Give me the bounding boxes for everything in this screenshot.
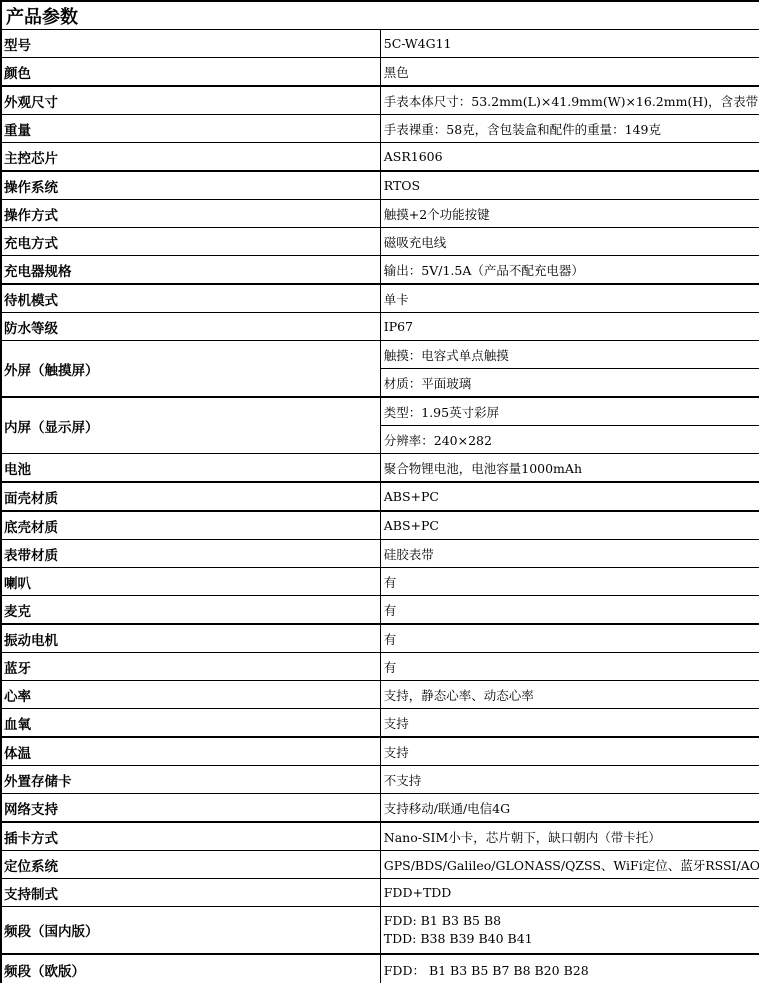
spec-value: 黑色 — [380, 58, 759, 87]
product-spec-table: 产品参数 型号 5C-W4G11 颜色 黑色 外观尺寸 手表本体尺寸：53.2m… — [0, 0, 759, 983]
spec-key: 充电器规格 — [1, 256, 380, 285]
spec-key: 心率 — [1, 681, 380, 709]
spec-key: 主控芯片 — [1, 143, 380, 172]
spec-value-line: FDD: B1 B3 B5 B8 — [384, 912, 756, 930]
spec-key: 内屏（显示屏） — [1, 397, 380, 454]
spec-value: 有 — [380, 596, 759, 625]
table-row: 内屏（显示屏） 类型：1.95英寸彩屏 — [1, 397, 759, 426]
spec-value: 硅胶表带 — [380, 540, 759, 568]
spec-key: 频段（欧版） — [1, 954, 380, 983]
table-row: 蓝牙 有 — [1, 653, 759, 681]
spec-value-line: TDD: B38 B39 B40 B41 — [384, 930, 756, 948]
table-row: 操作方式 触摸+2个功能按键 — [1, 200, 759, 228]
spec-key: 操作方式 — [1, 200, 380, 228]
spec-key: 外观尺寸 — [1, 86, 380, 115]
spec-key: 底壳材质 — [1, 511, 380, 540]
spec-value: ABS+PC — [380, 482, 759, 511]
spec-value: 有 — [380, 568, 759, 596]
spec-value: FDD+TDD — [380, 879, 759, 907]
spec-value: ASR1606 — [380, 143, 759, 172]
spec-value: 5C-W4G11 — [380, 30, 759, 58]
spec-value: 支持移动/联通/电信4G — [380, 794, 759, 823]
table-row: 支持制式 FDD+TDD — [1, 879, 759, 907]
spec-key: 型号 — [1, 30, 380, 58]
table-row: 底壳材质 ABS+PC — [1, 511, 759, 540]
spec-key: 支持制式 — [1, 879, 380, 907]
table-row: 血氧 支持 — [1, 709, 759, 738]
spec-value: 类型：1.95英寸彩屏 — [380, 397, 759, 426]
table-row: 振动电机 有 — [1, 624, 759, 653]
table-row: 充电方式 磁吸充电线 — [1, 228, 759, 256]
table-row: 待机模式 单卡 — [1, 284, 759, 313]
spec-value: 分辨率：240×282 — [380, 426, 759, 454]
table-title: 产品参数 — [1, 1, 759, 30]
spec-value: FDD: B1 B3 B5 B8 TDD: B38 B39 B40 B41 — [380, 907, 759, 955]
table-row: 充电器规格 输出：5V/1.5A（产品不配充电器） — [1, 256, 759, 285]
table-row: 心率 支持，静态心率、动态心率 — [1, 681, 759, 709]
spec-value: ABS+PC — [380, 511, 759, 540]
spec-key: 定位系统 — [1, 851, 380, 879]
spec-key: 待机模式 — [1, 284, 380, 313]
table-row: 麦克 有 — [1, 596, 759, 625]
spec-value: 支持，静态心率、动态心率 — [380, 681, 759, 709]
table-row: 外屏（触摸屏） 触摸：电容式单点触摸 — [1, 341, 759, 369]
spec-key: 网络支持 — [1, 794, 380, 823]
spec-key: 充电方式 — [1, 228, 380, 256]
spec-value: IP67 — [380, 313, 759, 341]
spec-value: 有 — [380, 653, 759, 681]
table-row: 外观尺寸 手表本体尺寸：53.2mm(L)×41.9mm(W)×16.2mm(H… — [1, 86, 759, 115]
spec-key: 振动电机 — [1, 624, 380, 653]
table-row: 电池 聚合物锂电池，电池容量1000mAh — [1, 454, 759, 483]
spec-value: 单卡 — [380, 284, 759, 313]
spec-key: 面壳材质 — [1, 482, 380, 511]
spec-key: 体温 — [1, 737, 380, 766]
table-title-row: 产品参数 — [1, 1, 759, 30]
table-row: 颜色 黑色 — [1, 58, 759, 87]
spec-key: 蓝牙 — [1, 653, 380, 681]
spec-key: 操作系统 — [1, 171, 380, 200]
table-row: 体温 支持 — [1, 737, 759, 766]
table-row: 网络支持 支持移动/联通/电信4G — [1, 794, 759, 823]
spec-key: 颜色 — [1, 58, 380, 87]
table-row: 型号 5C-W4G11 — [1, 30, 759, 58]
table-row: 插卡方式 Nano-SIM小卡，芯片朝下，缺口朝内（带卡托） — [1, 822, 759, 851]
spec-value: 手表本体尺寸：53.2mm(L)×41.9mm(W)×16.2mm(H)，含表带… — [380, 86, 759, 115]
spec-key: 重量 — [1, 115, 380, 143]
spec-key: 喇叭 — [1, 568, 380, 596]
spec-value: 输出：5V/1.5A（产品不配充电器） — [380, 256, 759, 285]
table-row: 表带材质 硅胶表带 — [1, 540, 759, 568]
spec-key: 防水等级 — [1, 313, 380, 341]
spec-value: GPS/BDS/Galileo/GLONASS/QZSS、WiFi定位、蓝牙RS… — [380, 851, 759, 879]
table-row: 定位系统 GPS/BDS/Galileo/GLONASS/QZSS、WiFi定位… — [1, 851, 759, 879]
table-row: 喇叭 有 — [1, 568, 759, 596]
table-row: 主控芯片 ASR1606 — [1, 143, 759, 172]
table-row: 频段（欧版） FDD： B1 B3 B5 B7 B8 B20 B28 — [1, 954, 759, 983]
table-row: 频段（国内版） FDD: B1 B3 B5 B8 TDD: B38 B39 B4… — [1, 907, 759, 955]
spec-value: RTOS — [380, 171, 759, 200]
spec-value: 触摸+2个功能按键 — [380, 200, 759, 228]
table-row: 操作系统 RTOS — [1, 171, 759, 200]
table-row: 防水等级 IP67 — [1, 313, 759, 341]
spec-key: 麦克 — [1, 596, 380, 625]
spec-value: 聚合物锂电池，电池容量1000mAh — [380, 454, 759, 483]
spec-value: Nano-SIM小卡，芯片朝下，缺口朝内（带卡托） — [380, 822, 759, 851]
spec-key: 血氧 — [1, 709, 380, 738]
spec-value: 支持 — [380, 709, 759, 738]
spec-value: 手表裸重：58克，含包装盒和配件的重量：149克 — [380, 115, 759, 143]
spec-value: FDD： B1 B3 B5 B7 B8 B20 B28 — [380, 954, 759, 983]
spec-key: 插卡方式 — [1, 822, 380, 851]
spec-key: 外屏（触摸屏） — [1, 341, 380, 398]
spec-value: 支持 — [380, 737, 759, 766]
spec-value: 有 — [380, 624, 759, 653]
spec-value: 不支持 — [380, 766, 759, 794]
spec-value: 磁吸充电线 — [380, 228, 759, 256]
spec-key: 电池 — [1, 454, 380, 483]
table-row: 外置存储卡 不支持 — [1, 766, 759, 794]
spec-value: 材质：平面玻璃 — [380, 369, 759, 398]
table-row: 重量 手表裸重：58克，含包装盒和配件的重量：149克 — [1, 115, 759, 143]
spec-key: 外置存储卡 — [1, 766, 380, 794]
spec-key: 表带材质 — [1, 540, 380, 568]
spec-value: 触摸：电容式单点触摸 — [380, 341, 759, 369]
table-row: 面壳材质 ABS+PC — [1, 482, 759, 511]
spec-key: 频段（国内版） — [1, 907, 380, 955]
